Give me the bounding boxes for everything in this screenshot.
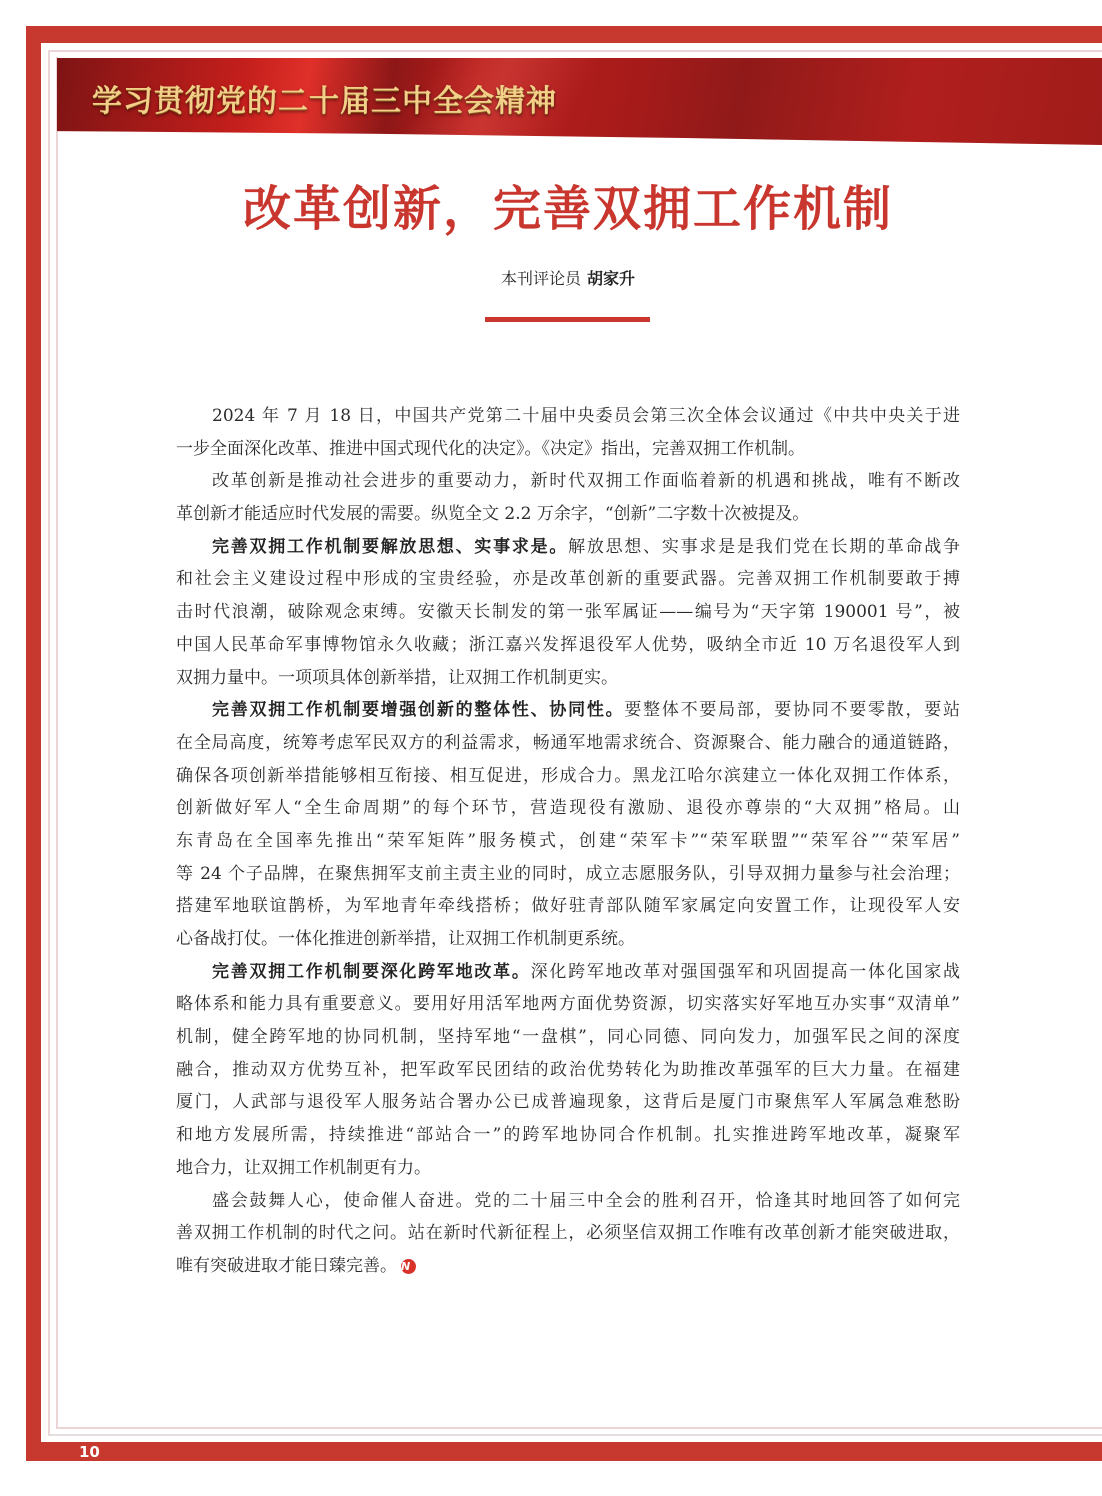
page-number: 10 (79, 1443, 100, 1461)
line-text: 革创新才能适应时代发展的需要。纵览全文 2.2 万余字，“创新”二字数十次被提及… (176, 504, 809, 524)
line-text: 一步全面深化改革、推进中国式现代化的决定》。《决定》指出，完善双拥工作机制。 (176, 439, 805, 459)
line-text: 在全局高度，统筹考虑军民双方的利益需求，畅通军地需求统合、资源聚合、能力融合的通… (176, 733, 960, 753)
line-text: 东青岛在全国率先推出“荣军矩阵”服务模式，创建“荣军卡”“荣军联盟”“荣军谷”“… (176, 831, 960, 851)
line-text: 等 24 个子品牌，在聚焦拥军支前主责主业的同时，成立志愿服务队，引导双拥力量参… (176, 864, 960, 884)
paragraph-line: 改革创新是推动社会进步的重要动力，新时代双拥工作面临着新的机遇和挑战，唯有不断改 (176, 465, 960, 498)
section-title: 学习贯彻党的二十届三中全会精神 (92, 76, 557, 120)
paragraph-line: 一步全面深化改革、推进中国式现代化的决定》。《决定》指出，完善双拥工作机制。 (176, 433, 960, 466)
paragraph-line: 击时代浪潮，破除观念束缚。安徽天长制发的第一张军属证——编号为“天字第 1900… (176, 596, 960, 629)
paragraph-line: 创新做好军人“全生命周期”的每个环节，营造现役有激励、退役亦尊崇的“大双拥”格局… (176, 792, 960, 825)
line-text: 确保各项创新举措能够相互衔接、相互促进，形成合力。黑龙江哈尔滨建立一体化双拥工作… (176, 766, 960, 786)
article-title: 改革创新，完善双拥工作机制 (0, 170, 1102, 239)
paragraph-lead: 完善双拥工作机制要深化跨军地改革。 (212, 962, 531, 982)
paragraph-line: 融合，推动双方优势互补，把军政军民团结的政治优势转化为助推改革强军的巨大力量。在… (176, 1054, 960, 1087)
line-text: 双拥力量中。一项项具体创新举措，让双拥工作机制更实。 (176, 668, 618, 688)
line-text: 厦门，人武部与退役军人服务站合署办公已成普遍现象，这背后是厦门市聚焦军人军属急难… (176, 1092, 960, 1112)
byline-role: 本刊评论员 (501, 269, 581, 288)
line-text: 深化跨军地改革对强国强军和巩固提高一体化国家战 (531, 962, 960, 982)
line-text: 击时代浪潮，破除观念束缚。安徽天长制发的第一张军属证——编号为“天字第 1900… (176, 602, 960, 622)
paragraph-line: 善双拥工作机制的时代之问。站在新时代新征程上，必须坚信双拥工作唯有改革创新才能突… (176, 1217, 960, 1250)
line-text: 善双拥工作机制的时代之问。站在新时代新征程上，必须坚信双拥工作唯有改革创新才能突… (176, 1223, 960, 1243)
line-text: 2024 年 7 月 18 日，中国共产党第二十届中央委员会第三次全体会议通过《… (212, 406, 960, 426)
paragraph: 完善双拥工作机制要深化跨军地改革。深化跨军地改革对强国强军和巩固提高一体化国家战… (176, 956, 960, 1185)
line-text: 搭建军地联谊鹊桥，为军地青年牵线搭桥；做好驻青部队随军家属定向安置工作，让现役军… (176, 896, 960, 916)
paragraph: 盛会鼓舞人心，使命催人奋进。党的二十届三中全会的胜利召开，恰逢其时地回答了如何完… (176, 1185, 960, 1283)
line-text: 要整体不要局部，要协同不要零散，要站 (624, 700, 960, 720)
paragraph-line: 2024 年 7 月 18 日，中国共产党第二十届中央委员会第三次全体会议通过《… (176, 400, 960, 433)
paragraph-line: 机制，健全跨军地的协同机制，坚持军地“一盘棋”，同心同德、同向发力，加强军民之间… (176, 1021, 960, 1054)
paragraph-line: 心备战打仗。一体化推进创新举措，让双拥工作机制更系统。 (176, 923, 960, 956)
paragraph-line: 在全局高度，统筹考虑军民双方的利益需求，畅通军地需求统合、资源聚合、能力融合的通… (176, 727, 960, 760)
byline-author: 胡家升 (587, 269, 635, 288)
paragraph: 完善双拥工作机制要增强创新的整体性、协同性。要整体不要局部，要协同不要零散，要站… (176, 694, 960, 956)
paragraph-line: 盛会鼓舞人心，使命催人奋进。党的二十届三中全会的胜利召开，恰逢其时地回答了如何完 (176, 1185, 960, 1218)
line-text: 唯有突破进取才能日臻完善。 (176, 1256, 397, 1276)
end-mark-icon: N (401, 1259, 416, 1274)
paragraph-line: 革创新才能适应时代发展的需要。纵览全文 2.2 万余字，“创新”二字数十次被提及… (176, 498, 960, 531)
paragraph-line: 唯有突破进取才能日臻完善。N (176, 1250, 960, 1283)
line-text: 中国人民革命军事博物馆永久收藏；浙江嘉兴发挥退役军人优势，吸纳全市近 10 万名… (176, 635, 960, 655)
paragraph-line: 东青岛在全国率先推出“荣军矩阵”服务模式，创建“荣军卡”“荣军联盟”“荣军谷”“… (176, 825, 960, 858)
title-divider (485, 317, 650, 322)
paragraph-line: 完善双拥工作机制要深化跨军地改革。深化跨军地改革对强国强军和巩固提高一体化国家战 (176, 956, 960, 989)
paragraph: 2024 年 7 月 18 日，中国共产党第二十届中央委员会第三次全体会议通过《… (176, 400, 960, 465)
line-text: 创新做好军人“全生命周期”的每个环节，营造现役有激励、退役亦尊崇的“大双拥”格局… (176, 798, 960, 818)
paragraph-line: 中国人民革命军事博物馆永久收藏；浙江嘉兴发挥退役军人优势，吸纳全市近 10 万名… (176, 629, 960, 662)
line-text: 盛会鼓舞人心，使命催人奋进。党的二十届三中全会的胜利召开，恰逢其时地回答了如何完 (212, 1191, 960, 1211)
paragraph-line: 和社会主义建设过程中形成的宝贵经验，亦是改革创新的重要武器。完善双拥工作机制要敢… (176, 563, 960, 596)
line-text: 解放思想、实事求是是我们党在长期的革命战争 (568, 537, 960, 557)
paragraph-line: 完善双拥工作机制要增强创新的整体性、协同性。要整体不要局部，要协同不要零散，要站 (176, 694, 960, 727)
paragraph-line: 地合力，让双拥工作机制更有力。 (176, 1152, 960, 1185)
paragraph-line: 确保各项创新举措能够相互衔接、相互促进，形成合力。黑龙江哈尔滨建立一体化双拥工作… (176, 760, 960, 793)
article-body: 2024 年 7 月 18 日，中国共产党第二十届中央委员会第三次全体会议通过《… (176, 400, 960, 1283)
paragraph-line: 厦门，人武部与退役军人服务站合署办公已成普遍现象，这背后是厦门市聚焦军人军属急难… (176, 1086, 960, 1119)
paragraph-line: 搭建军地联谊鹊桥，为军地青年牵线搭桥；做好驻青部队随军家属定向安置工作，让现役军… (176, 890, 960, 923)
paragraph-line: 略体系和能力具有重要意义。要用好用活军地两方面优势资源，切实落实好军地互办实事“… (176, 988, 960, 1021)
paragraph-line: 和地方发展所需，持续推进“部站合一”的跨军地协同合作机制。扎实推进跨军地改革，凝… (176, 1119, 960, 1152)
line-text: 地合力，让双拥工作机制更有力。 (176, 1158, 431, 1178)
paragraph-line: 等 24 个子品牌，在聚焦拥军支前主责主业的同时，成立志愿服务队，引导双拥力量参… (176, 858, 960, 891)
line-text: 心备战打仗。一体化推进创新举措，让双拥工作机制更系统。 (176, 929, 635, 949)
paragraph-line: 完善双拥工作机制要解放思想、实事求是。解放思想、实事求是是我们党在长期的革命战争 (176, 531, 960, 564)
line-text: 改革创新是推动社会进步的重要动力，新时代双拥工作面临着新的机遇和挑战，唯有不断改 (212, 471, 960, 491)
paragraph-lead: 完善双拥工作机制要解放思想、实事求是。 (212, 537, 568, 557)
line-text: 略体系和能力具有重要意义。要用好用活军地两方面优势资源，切实落实好军地互办实事“… (176, 994, 960, 1014)
line-text: 机制，健全跨军地的协同机制，坚持军地“一盘棋”，同心同德、同向发力，加强军民之间… (176, 1027, 960, 1047)
line-text: 和地方发展所需，持续推进“部站合一”的跨军地协同合作机制。扎实推进跨军地改革，凝… (176, 1125, 960, 1145)
paragraph-line: 双拥力量中。一项项具体创新举措，让双拥工作机制更实。 (176, 662, 960, 695)
paragraph: 改革创新是推动社会进步的重要动力，新时代双拥工作面临着新的机遇和挑战，唯有不断改… (176, 465, 960, 530)
paragraph: 完善双拥工作机制要解放思想、实事求是。解放思想、实事求是是我们党在长期的革命战争… (176, 531, 960, 694)
byline: 本刊评论员胡家升 (0, 266, 1102, 289)
line-text: 融合，推动双方优势互补，把军政军民团结的政治优势转化为助推改革强军的巨大力量。在… (176, 1060, 960, 1080)
line-text: 和社会主义建设过程中形成的宝贵经验，亦是改革创新的重要武器。完善双拥工作机制要敢… (176, 569, 960, 589)
paragraph-lead: 完善双拥工作机制要增强创新的整体性、协同性。 (212, 700, 624, 720)
